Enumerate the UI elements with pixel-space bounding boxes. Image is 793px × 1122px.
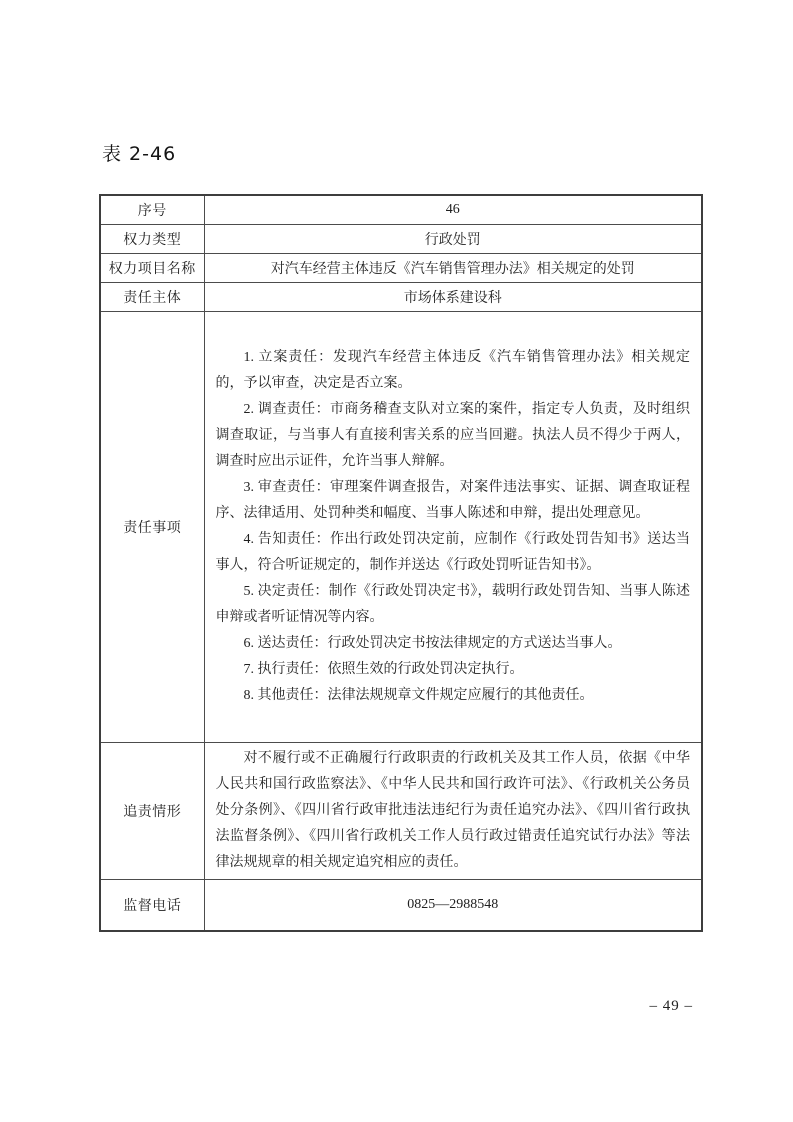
row-responsible-body: 责任主体 市场体系建设科 [100, 283, 702, 312]
row-label-power-type: 权力类型 [100, 225, 204, 254]
duty-item: 4. 告知责任：作出行政处罚决定前，应制作《行政处罚告知书》送达当事人，符合听证… [216, 527, 691, 579]
row-label-power-item-name: 权力项目名称 [100, 254, 204, 283]
table-caption: 表 2-46 [102, 139, 176, 166]
duty-item: 2. 调查责任：市商务稽查支队对立案的案件，指定专人负责，及时组织调查取证，与当… [216, 397, 691, 475]
row-power-type: 权力类型 行政处罚 [100, 225, 702, 254]
row-value-power-item-name: 对汽车经营主体违反《汽车销售管理办法》相关规定的处罚 [204, 254, 702, 283]
row-value-power-type: 行政处罚 [204, 225, 702, 254]
row-accountability-situations: 追责情形 对不履行或不正确履行行政职责的行政机关及其工作人员，依据《中华人民共和… [100, 743, 702, 880]
row-label-accountability-situations: 追责情形 [100, 743, 204, 880]
duty-item: 5. 决定责任：制作《行政处罚决定书》，载明行政处罚告知、当事人陈述申辩或者听证… [216, 579, 691, 631]
duty-item: 1. 立案责任：发现汽车经营主体违反《汽车销售管理办法》相关规定的，予以审查，决… [216, 345, 691, 397]
document-page: 表 2-46 序号 46 权力类型 行政处罚 权力项目名称 对汽车经营主体违反《… [0, 0, 793, 1122]
row-label-serial-number: 序号 [100, 195, 204, 225]
row-serial-number: 序号 46 [100, 195, 702, 225]
page-number: – 49 – [650, 998, 694, 1015]
row-value-accountability-situations: 对不履行或不正确履行行政职责的行政机关及其工作人员，依据《中华人民共和国行政监察… [204, 743, 702, 880]
duty-item: 7. 执行责任：依照生效的行政处罚决定执行。 [216, 657, 691, 683]
duty-item: 6. 送达责任：行政处罚决定书按法律规定的方式送达当事人。 [216, 631, 691, 657]
row-duty-matters: 责任事项 1. 立案责任：发现汽车经营主体违反《汽车销售管理办法》相关规定的，予… [100, 312, 702, 743]
duty-item: 3. 审查责任：审理案件调查报告，对案件违法事实、证据、调查取证程序、法律适用、… [216, 475, 691, 527]
row-label-duty-matters: 责任事项 [100, 312, 204, 743]
row-value-responsible-body: 市场体系建设科 [204, 283, 702, 312]
row-label-responsible-body: 责任主体 [100, 283, 204, 312]
row-value-supervision-phone: 0825—2988548 [204, 880, 702, 932]
power-item-table: 序号 46 权力类型 行政处罚 权力项目名称 对汽车经营主体违反《汽车销售管理办… [99, 194, 703, 932]
duty-item: 8. 其他责任：法律法规规章文件规定应履行的其他责任。 [216, 683, 691, 709]
row-value-duty-matters: 1. 立案责任：发现汽车经营主体违反《汽车销售管理办法》相关规定的，予以审查，决… [204, 312, 702, 743]
row-label-supervision-phone: 监督电话 [100, 880, 204, 932]
row-value-serial-number: 46 [204, 195, 702, 225]
row-supervision-phone: 监督电话 0825—2988548 [100, 880, 702, 932]
row-power-item-name: 权力项目名称 对汽车经营主体违反《汽车销售管理办法》相关规定的处罚 [100, 254, 702, 283]
accountability-text: 对不履行或不正确履行行政职责的行政机关及其工作人员，依据《中华人民共和国行政监察… [216, 746, 691, 876]
